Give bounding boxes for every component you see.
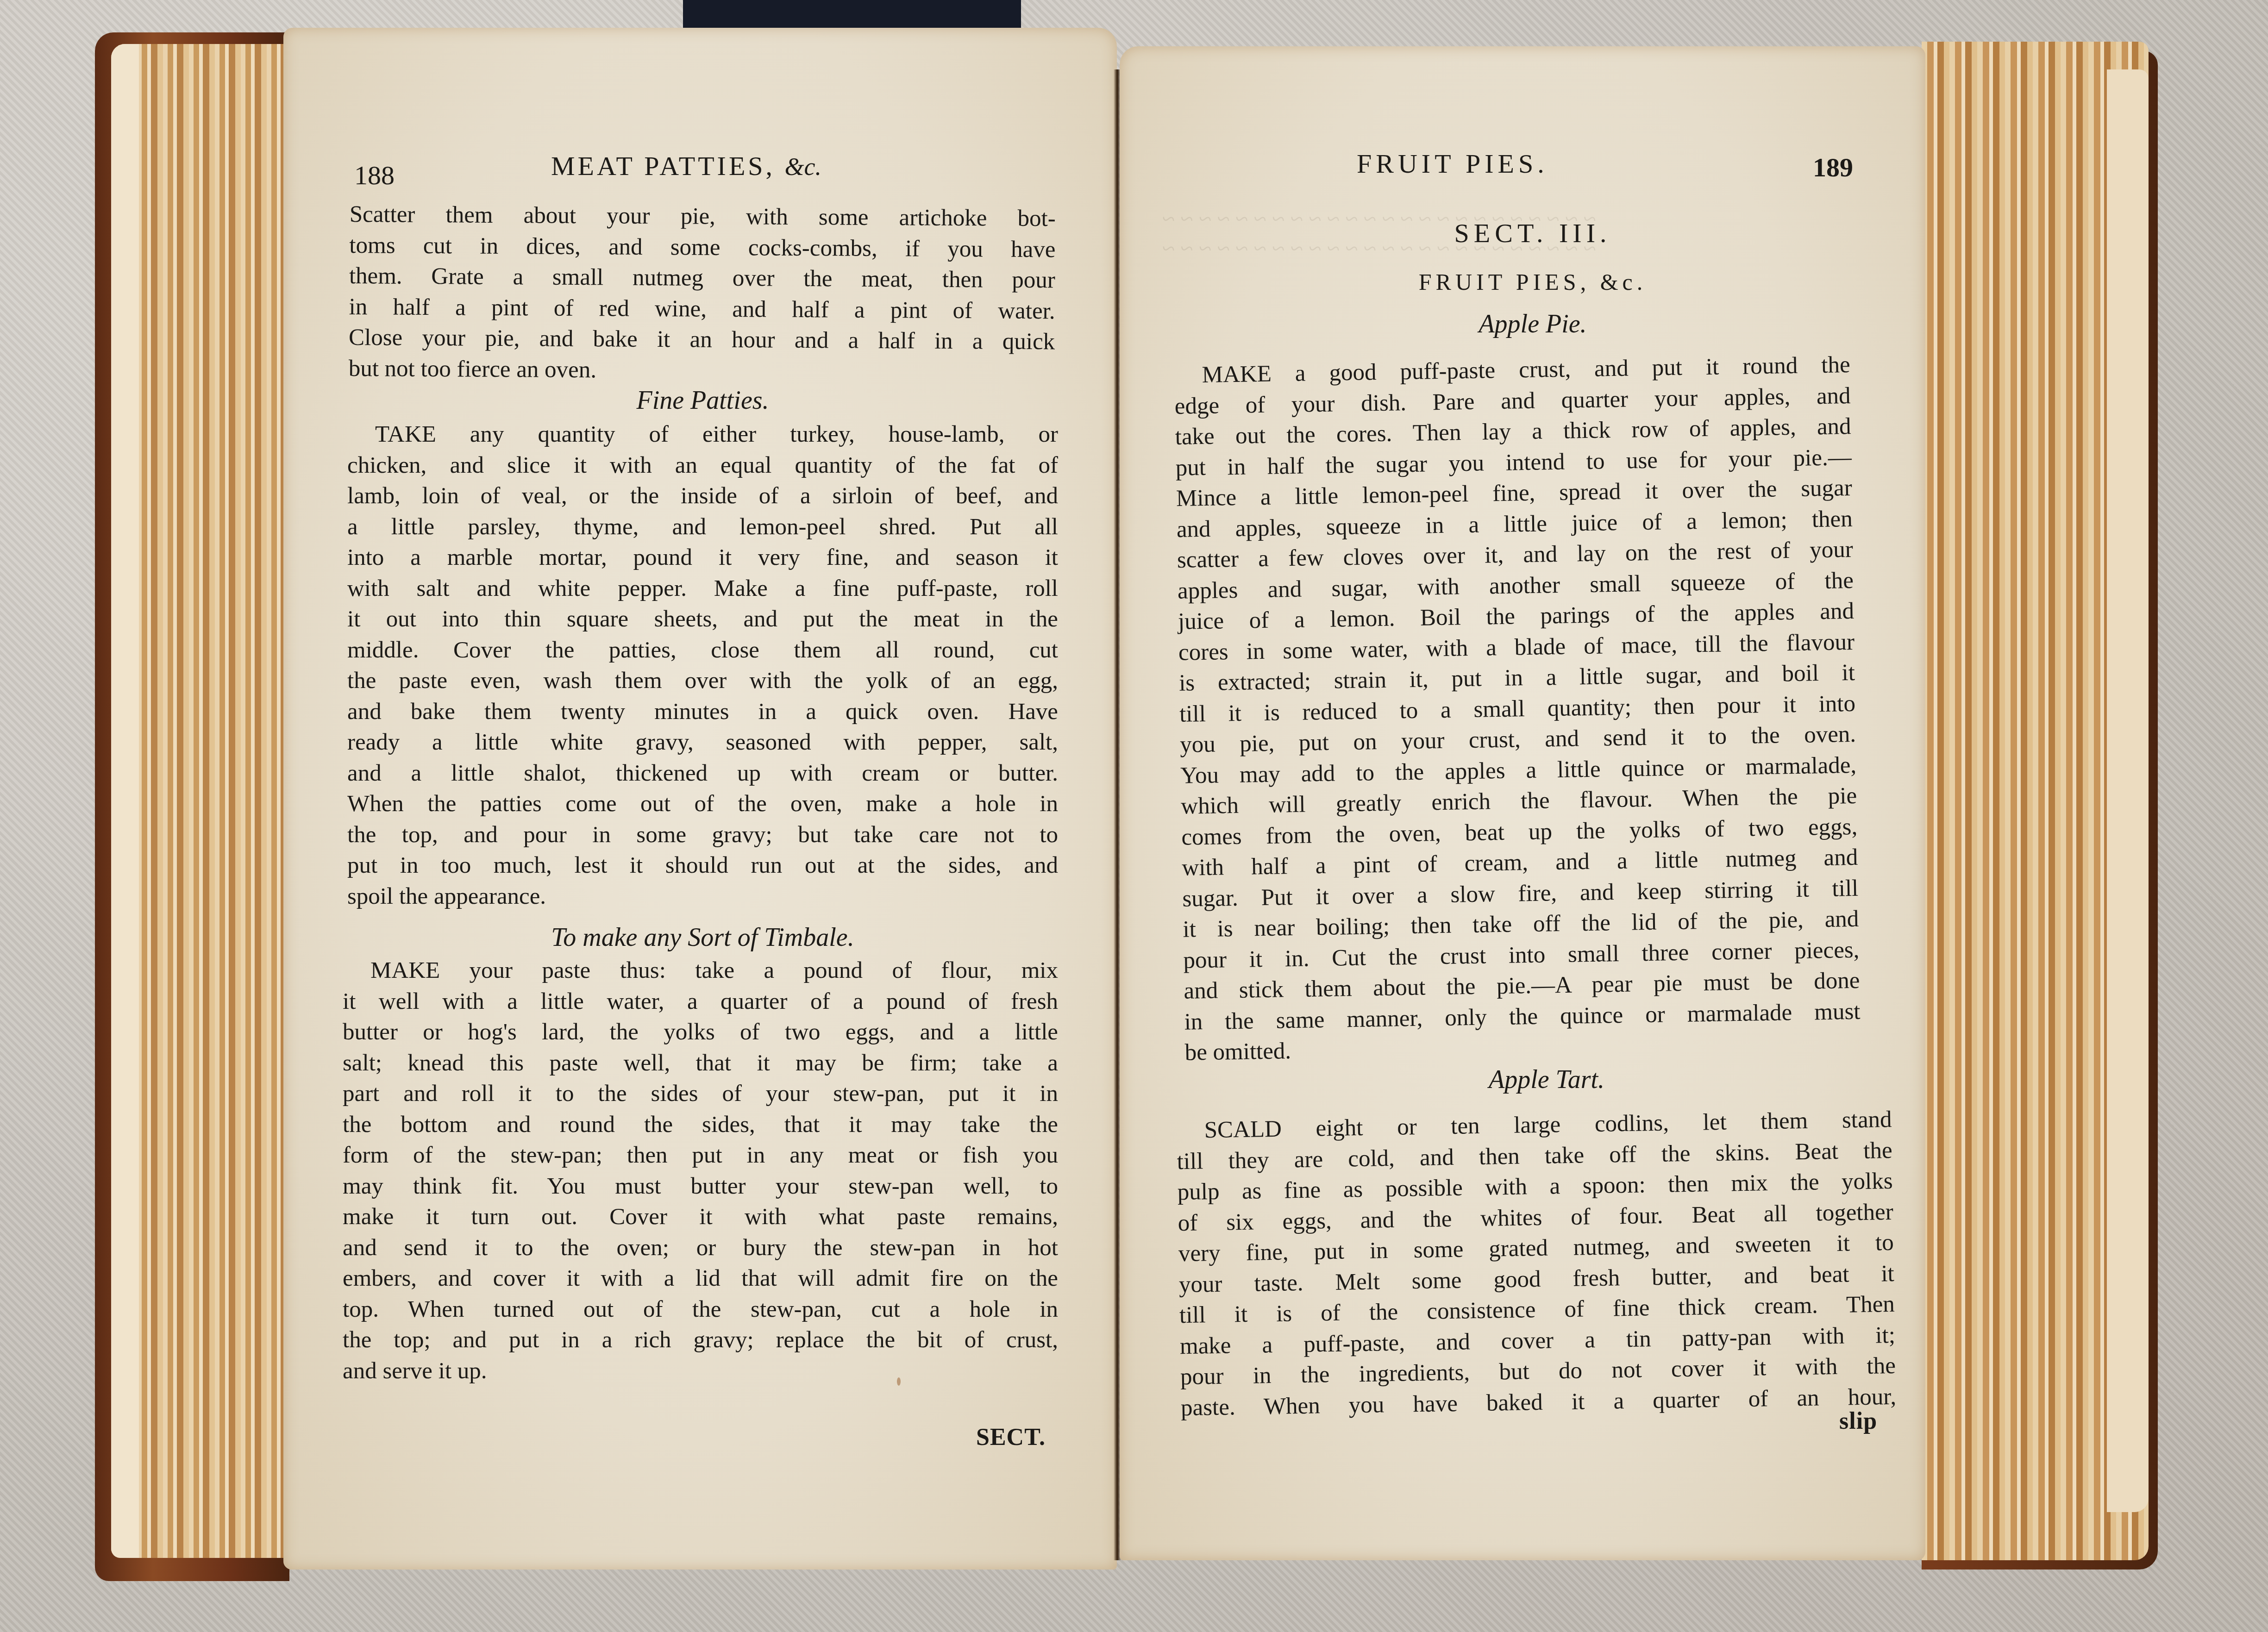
recipe-title-timbale: To make any Sort of Timbale. — [350, 923, 1056, 952]
text-line: lamb, loin of veal, or the inside of a s… — [347, 481, 1058, 512]
recipe-title-apple-pie: Apple Pie. — [1172, 309, 1894, 339]
recipe-body-fine-patties: TAKE any quantity of either turkey, hous… — [347, 419, 1058, 912]
section-subheading: FRUIT PIES, &c. — [1172, 269, 1894, 295]
recipe-body-apple-tart: SCALD eight or ten large codlins, let th… — [1176, 1104, 1896, 1423]
text-line: top. When turned out of the stew-pan, cu… — [343, 1294, 1058, 1325]
text-line: it out into thin square sheets, and put … — [347, 604, 1058, 635]
text-line: and bake them twenty minutes in a quick … — [347, 696, 1058, 727]
text-line: may think fit. You must butter your stew… — [343, 1171, 1058, 1202]
text-line: salt; knead this paste well, that it may… — [343, 1048, 1058, 1079]
text-line: them. Grate a small nutmeg over the meat… — [349, 261, 1055, 296]
recipe-title-apple-tart: Apple Tart. — [1185, 1065, 1908, 1094]
text-line: and a little shalot, thickened up with c… — [347, 758, 1058, 789]
text-line: toms cut in dices, and some cocks-combs,… — [349, 230, 1055, 265]
text-line: the bottom and round the sides, that it … — [343, 1109, 1058, 1140]
text-line: TAKE any quantity of either turkey, hous… — [347, 419, 1058, 450]
text-line: ready a little white gravy, seasoned wit… — [347, 727, 1058, 758]
text-line: and send it to the oven; or bury the ste… — [343, 1232, 1058, 1263]
left-page-edges — [111, 44, 287, 1558]
left-running-head: MEAT PATTIES, &c. — [551, 150, 821, 181]
text-line: put in too much, lest it should run out … — [347, 850, 1058, 881]
text-line: a little parsley, thyme, and lemon-peel … — [347, 512, 1058, 543]
text-line: make it turn out. Cover it with what pas… — [343, 1201, 1058, 1232]
foxing-spot — [897, 1377, 901, 1386]
text-line: chicken, and slice it with an equal quan… — [347, 450, 1058, 481]
text-line: When the patties come out of the oven, m… — [347, 788, 1058, 819]
text-line: the paste even, wash them over with the … — [347, 665, 1058, 696]
recipe-body-apple-pie: MAKE a good puff-paste crust, and put it… — [1174, 350, 1861, 1068]
text-line: the top, and pour in some gravy; but tak… — [347, 819, 1058, 850]
right-page-edges — [1922, 42, 2149, 1560]
text-line: Close your pie, and bake it an hour and … — [349, 322, 1055, 357]
text-line: but not too fierce an oven. — [349, 353, 1055, 388]
recipe-body-timbale: MAKE your paste thus: take a pound of fl… — [343, 955, 1058, 1386]
left-continuation-text: Scatter them about your pie, with some a… — [349, 199, 1056, 388]
left-catchword: SECT. — [976, 1424, 1046, 1451]
text-line: the top; and put in a rich gravy; replac… — [343, 1325, 1058, 1356]
right-page-number: 189 — [1813, 152, 1853, 183]
left-running-head-suffix: &c. — [785, 153, 821, 181]
left-running-head-title: MEAT PATTIES, — [551, 151, 775, 181]
text-line: butter or hog's lard, the yolks of two e… — [343, 1017, 1058, 1048]
right-running-head: FRUIT PIES. — [1357, 148, 1548, 179]
text-line: middle. Cover the patties, close them al… — [347, 635, 1058, 666]
left-page-number: 188 — [354, 160, 395, 191]
section-heading: SECT. III. — [1172, 218, 1894, 249]
text-line: in half a pint of red wine, and half a p… — [349, 291, 1055, 326]
text-line: MAKE your paste thus: take a pound of fl… — [343, 955, 1058, 986]
text-line: part and roll it to the sides of your st… — [343, 1078, 1058, 1109]
text-line: embers, and cover it with a lid that wil… — [343, 1263, 1058, 1294]
text-line: form of the stew-pan; then put in any me… — [343, 1140, 1058, 1171]
recipe-title-fine-patties: Fine Patties. — [350, 386, 1056, 415]
text-line: Scatter them about your pie, with some a… — [350, 199, 1056, 234]
text-line: and serve it up. — [343, 1356, 1058, 1387]
text-line: spoil the appearance. — [347, 881, 1058, 912]
text-line: into a marble mortar, pound it very fine… — [347, 542, 1058, 573]
right-catchword: slip — [1839, 1407, 1877, 1435]
text-line: it well with a little water, a quarter o… — [343, 986, 1058, 1017]
text-line: with salt and white pepper. Make a fine … — [347, 573, 1058, 604]
